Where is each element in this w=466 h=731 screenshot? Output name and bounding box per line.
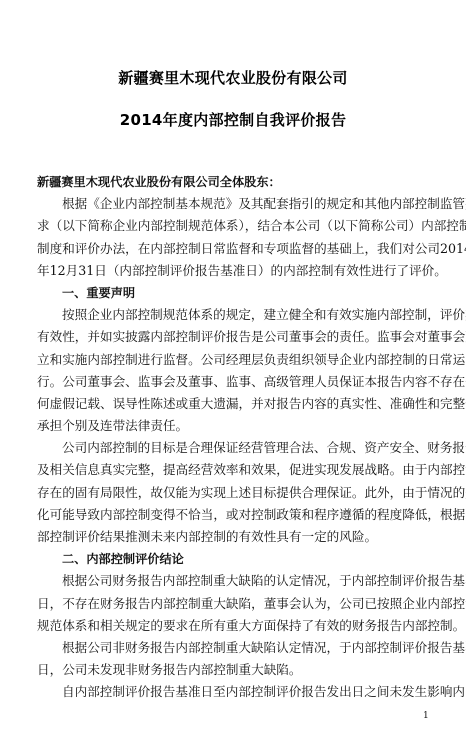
text-line: 年12月31日（内部控制评价报告基准日）的内部控制有效性进行了评价。 <box>37 260 429 282</box>
text-line: 求（以下简称企业内部控制规范体系），结合本公司（以下简称公司）内部控制 <box>37 215 429 237</box>
text-line: 承担个别及连带法律责任。 <box>37 415 429 437</box>
salutation: 新疆赛里木现代农业股份有限公司全体股东： <box>37 171 429 193</box>
document-page: 新疆赛里木现代农业股份有限公司 2014年度内部控制自我评价报告 新疆赛里木现代… <box>0 0 466 731</box>
section2-paragraph3: 自内部控制评价报告基准日至内部控制评价报告发出日之间未发生影响内 <box>37 681 429 703</box>
text-line: 日，公司未发现非财务报告内部控制重大缺陷。 <box>37 659 429 681</box>
section2-paragraph2: 根据公司非财务报告内部控制重大缺陷认定情况，于内部控制评价报告基准 日，公司未发… <box>37 637 429 681</box>
text-line: 有效性，并如实披露内部控制评价报告是公司董事会的责任。监事会对董事会建 <box>37 326 429 348</box>
text-line: 制度和评价办法，在内部控制日常监督和专项监督的基础上，我们对公司2014 <box>37 238 429 260</box>
section-heading-important-statement: 一、重要声明 <box>37 282 429 304</box>
text-line: 根据公司财务报告内部控制重大缺陷的认定情况，于内部控制评价报告基准 <box>37 570 429 592</box>
text-line: 日，不存在财务报告内部控制重大缺陷，董事会认为，公司已按照企业内部控制 <box>37 593 429 615</box>
document-body: 新疆赛里木现代农业股份有限公司全体股东： 根据《企业内部控制基本规范》及其配套指… <box>37 171 429 704</box>
text-line: 规范体系和相关规定的要求在所有重大方面保持了有效的财务报告内部控制。 <box>37 615 429 637</box>
text-line: 化可能导致内部控制变得不恰当，或对控制政策和程序遵循的程度降低，根据内 <box>37 504 429 526</box>
text-line: 根据公司非财务报告内部控制重大缺陷认定情况，于内部控制评价报告基准 <box>37 637 429 659</box>
text-line: 按照企业内部控制规范体系的规定，建立健全和有效实施内部控制，评价其 <box>37 304 429 326</box>
text-line: 自内部控制评价报告基准日至内部控制评价报告发出日之间未发生影响内 <box>37 681 429 703</box>
page-number: 1 <box>423 711 429 721</box>
text-line: 部控制评价结果推测未来内部控制的有效性具有一定的风险。 <box>37 526 429 548</box>
section1-paragraph2: 公司内部控制的目标是合理保证经营管理合法、合规、资产安全、财务报告 及相关信息真… <box>37 437 429 548</box>
section2-paragraph1: 根据公司财务报告内部控制重大缺陷的认定情况，于内部控制评价报告基准 日，不存在财… <box>37 570 429 637</box>
text-line: 存在的固有局限性，故仅能为实现上述目标提供合理保证。此外，由于情况的变 <box>37 482 429 504</box>
text-line: 立和实施内部控制进行监督。公司经理层负责组织领导企业内部控制的日常运 <box>37 349 429 371</box>
text-line: 根据《企业内部控制基本规范》及其配套指引的规定和其他内部控制监管要 <box>37 193 429 215</box>
report-title: 2014年度内部控制自我评价报告 <box>0 109 466 130</box>
intro-paragraph: 根据《企业内部控制基本规范》及其配套指引的规定和其他内部控制监管要 求（以下简称… <box>37 193 429 282</box>
section1-paragraph1: 按照企业内部控制规范体系的规定，建立健全和有效实施内部控制，评价其 有效性，并如… <box>37 304 429 437</box>
company-title: 新疆赛里木现代农业股份有限公司 <box>0 67 466 88</box>
section-heading-evaluation-conclusion: 二、内部控制评价结论 <box>37 548 429 570</box>
text-line: 行。公司董事会、监事会及董事、监事、高级管理人员保证本报告内容不存在任 <box>37 371 429 393</box>
text-line: 何虚假记载、误导性陈述或重大遗漏，并对报告内容的真实性、准确性和完整性 <box>37 393 429 415</box>
text-line: 公司内部控制的目标是合理保证经营管理合法、合规、资产安全、财务报告 <box>37 437 429 459</box>
text-line: 及相关信息真实完整，提高经营效率和效果，促进实现发展战略。由于内部控制 <box>37 459 429 481</box>
